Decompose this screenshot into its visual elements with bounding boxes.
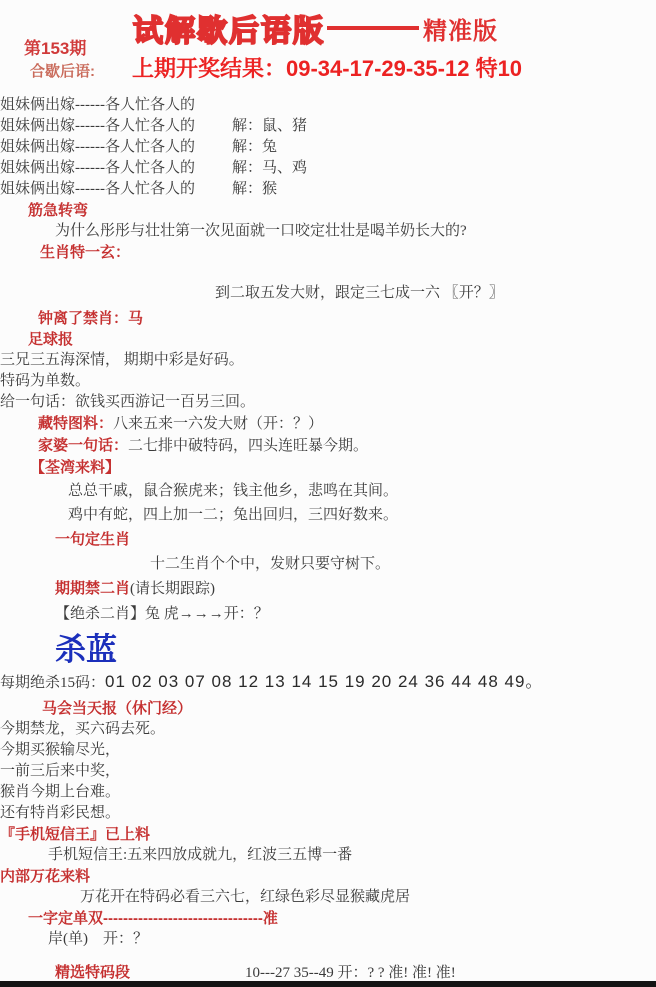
wanhua-line: 万花开在特码必看三六七，红绿色彩尽显猴藏虎居: [0, 887, 656, 908]
hidden-special-label: 藏特图料：: [38, 415, 113, 432]
riddle-text: 姐妹俩出嫁------各人忙各人的: [0, 179, 232, 200]
page-title: 试解歇后语版精准版: [133, 6, 498, 50]
category-label: 合歇后语:: [30, 60, 95, 81]
arrows-right-icon: →→→: [179, 606, 224, 622]
one-sentence-heading: 一句定生肖: [0, 529, 656, 550]
mahui-line-3: 一前三后来中奖，: [0, 761, 656, 782]
riddle-answer: 解：猴: [232, 179, 277, 200]
ban-two-note: (请长期跟踪): [130, 581, 215, 597]
one-sentence-line: 十二生肖个个中，发财只要守树下。: [0, 554, 656, 575]
riddle-answer: 解：马、鸡: [232, 158, 307, 179]
kill-blue-heading: 杀蓝: [0, 630, 656, 670]
zodiac-mystery-heading: 生肖特一玄：: [0, 242, 656, 263]
title-sub-text: 精准版: [423, 11, 498, 46]
kill-two-line: 【绝杀二肖】兔 虎→→→开：？: [0, 604, 656, 625]
football-line-3: 给一句话：欲钱买西游记一百另三回。: [0, 392, 656, 413]
riddle-text: 姐妹俩出嫁------各人忙各人的: [0, 158, 232, 179]
odd-even-line: 岸(单) 开：？: [0, 929, 656, 950]
riddle-row: 姐妹俩出嫁------各人忙各人的 解：鼠、猪: [0, 116, 656, 137]
quanwan-heading: 【荃湾来料】: [0, 457, 656, 478]
riddle-answer: 解：鼠、猪: [232, 116, 307, 137]
riddle-row: 姐妹俩出嫁------各人忙各人的 解：兔: [0, 137, 656, 158]
riddle-row: 姐妹俩出嫁------各人忙各人的 解：马、鸡: [0, 158, 656, 179]
ban-two-heading-line: 期期禁二肖(请长期跟踪): [0, 578, 656, 600]
header: 第153期 合歇后语: 试解歇后语版精准版 上期开奖结果：09-34-17-29…: [0, 0, 656, 95]
title-main-text: 试解歇后语版: [133, 6, 325, 50]
mahui-line-1: 今期禁龙，买六码去死。: [0, 719, 656, 740]
hidden-special-line: 藏特图料：八来五来一六发大财（开：？）: [0, 413, 656, 435]
mahui-line-4: 猴肖今期上台难。: [0, 782, 656, 803]
granny-phrase-label: 家婆一句话：: [38, 437, 128, 454]
mahui-heading: 马会当天报（休门经）: [0, 698, 656, 719]
kill-numbers-label: 每期绝杀15码：: [0, 675, 105, 691]
last-draw-result: 上期开奖结果：09-34-17-29-35-12 特10: [132, 52, 522, 83]
riddle-row: 姐妹俩出嫁------各人忙各人的: [0, 95, 656, 116]
banned-zodiac-line: 钟离了禁肖：马: [0, 308, 656, 329]
wanhua-heading: 内部万花来料: [0, 866, 656, 887]
riddle-answer: 解：兔: [232, 137, 277, 158]
issue-number: 第153期: [24, 34, 86, 59]
sms-king-line: 手机短信王:五来四放成就九，红波三五博一番: [0, 845, 656, 866]
quanwan-line-1: 总总干戚，鼠合猴虎来；钱主他乡，悲鸣在其间。: [0, 481, 656, 502]
football-report-heading: 足球报: [0, 329, 656, 350]
bottom-scan-bar: [0, 981, 656, 987]
football-line-1: 三兄三五海深情， 期期中彩是好码。: [0, 350, 656, 371]
mahui-line-2: 今期买猴输尽光，: [0, 740, 656, 761]
kill-two-label: 【绝杀二肖】兔 虎: [55, 606, 179, 622]
granny-phrase-text: 二七排中破特码，四头连旺暴今期。: [128, 438, 368, 454]
brain-teaser-question: 为什么彤彤与壮壮第一次见面就一口咬定壮壮是喝羊奶长大的?: [0, 221, 656, 242]
riddle-list: 姐妹俩出嫁------各人忙各人的 姐妹俩出嫁------各人忙各人的 解：鼠、…: [0, 95, 656, 200]
sms-king-heading: 『手机短信王』已上料: [0, 824, 656, 845]
ban-two-heading: 期期禁二肖: [55, 580, 130, 597]
kill-numbers-line: 每期绝杀15码：01 02 03 07 08 12 13 14 15 19 20…: [0, 670, 656, 695]
football-line-2: 特码为单数。: [0, 371, 656, 392]
odd-even-heading: 一字定单双--------------------------------准: [0, 908, 656, 929]
riddle-text: 姐妹俩出嫁------各人忙各人的: [0, 137, 232, 158]
hidden-special-text: 八来五来一六发大财（开：？）: [113, 416, 323, 432]
zodiac-mystery-line: 到二取五发大财，跟定三七成一六 〖开？〗: [0, 283, 656, 304]
title-dash-line: [327, 26, 419, 30]
granny-phrase-line: 家婆一句话：二七排中破特码，四头连旺暴今期。: [0, 435, 656, 457]
riddle-text: 姐妹俩出嫁------各人忙各人的: [0, 116, 232, 137]
kill-two-open: 开：？: [224, 606, 269, 622]
mahui-line-5: 还有特肖彩民想。: [0, 803, 656, 824]
riddle-row: 姐妹俩出嫁------各人忙各人的 解：猴: [0, 179, 656, 200]
brain-teaser-heading: 筋急转弯: [0, 200, 656, 221]
kill-numbers: 01 02 03 07 08 12 13 14 15 19 20 24 36 4…: [105, 672, 543, 691]
quanwan-line-2: 鸡中有蛇，四上加一二；兔出回归，三四好数来。: [0, 505, 656, 526]
lottery-tip-sheet-page: 第153期 合歇后语: 试解歇后语版精准版 上期开奖结果：09-34-17-29…: [0, 0, 656, 987]
riddle-text: 姐妹俩出嫁------各人忙各人的: [0, 95, 232, 116]
